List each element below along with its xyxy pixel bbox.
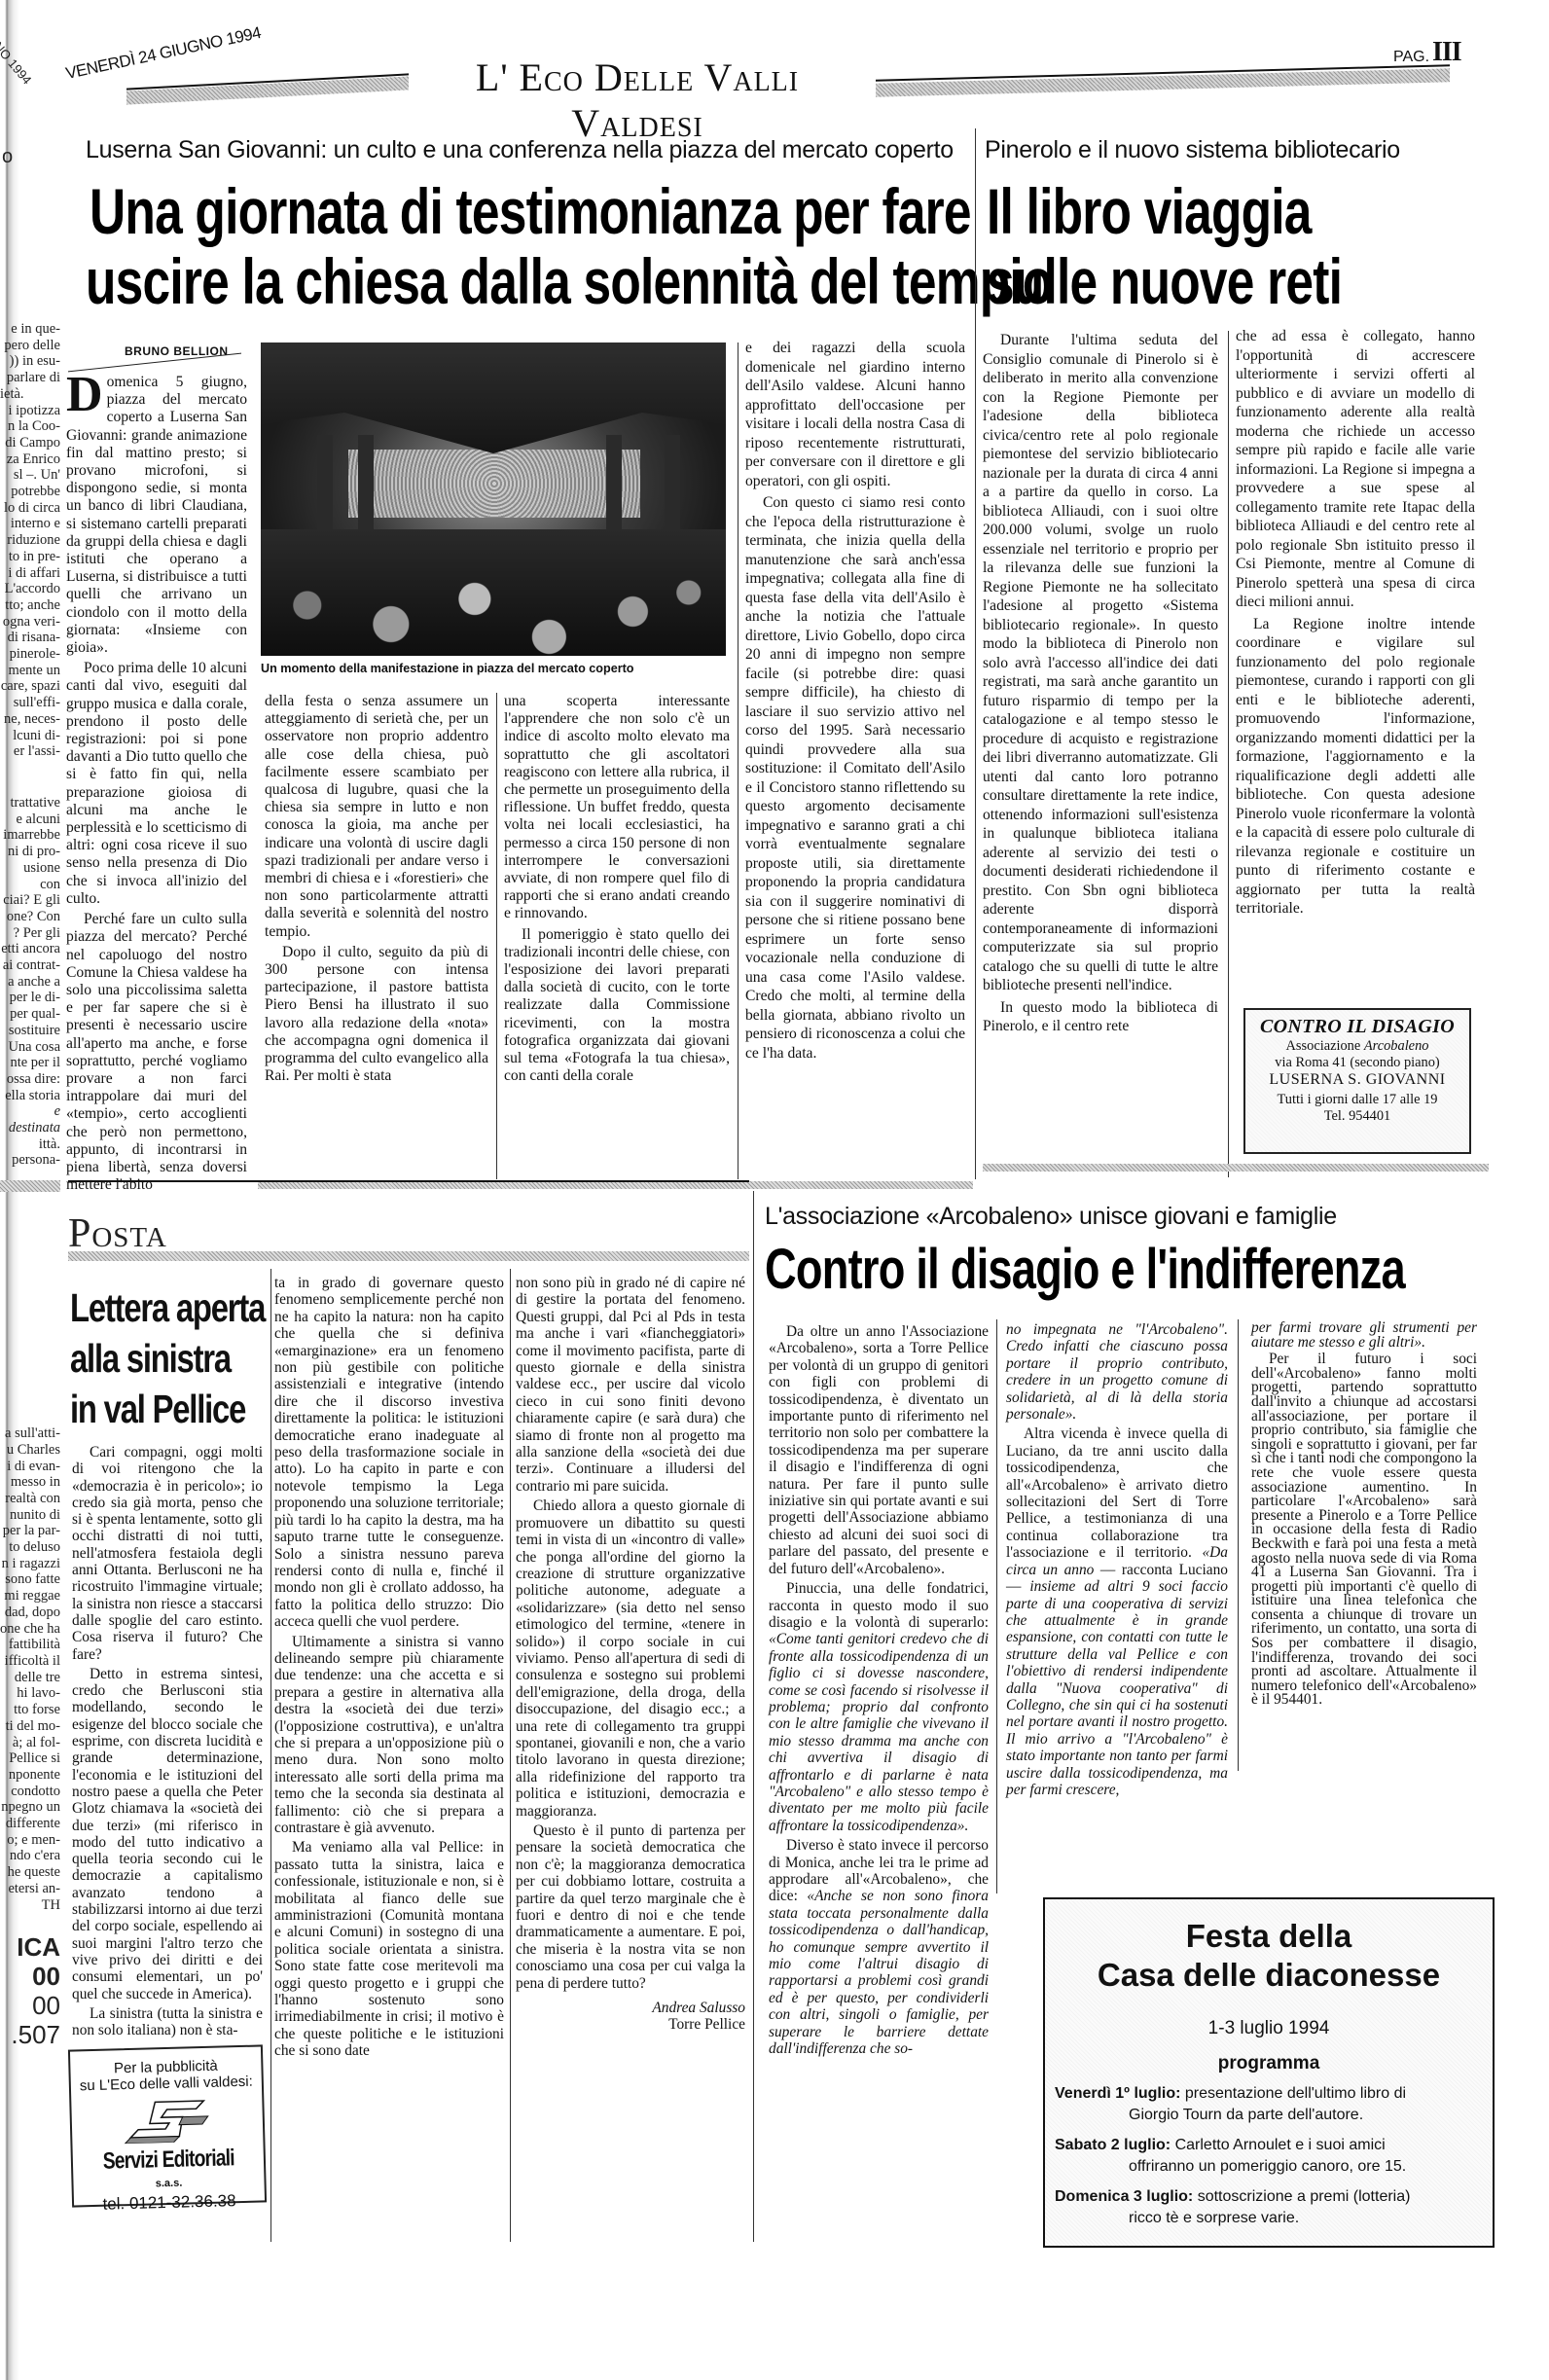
prev-line: fattibilità — [0, 1637, 60, 1653]
prev-line: e in que- — [0, 321, 60, 338]
arcobaleno-column-2: no impegnata ne "l'Arcobaleno". Credo in… — [1006, 1321, 1228, 1798]
letter-author-place: Torre Pellice — [516, 2016, 745, 2033]
column-divider — [510, 1269, 511, 2242]
letter-headline-line3: in val Pellice — [70, 1384, 265, 1434]
prev-line: ogna veri- — [0, 614, 60, 631]
prev-line: delle tre — [0, 1670, 60, 1686]
ad-phone: Tel. 954401 — [1245, 1108, 1469, 1125]
photo-background-trees — [348, 450, 640, 518]
column-divider — [738, 343, 738, 1179]
library-article-kicker: Pinerolo e il nuovo sistema bibliotecari… — [985, 136, 1400, 164]
prev-ad-fragment: ICA — [0, 1932, 60, 1962]
prev-line: nponente — [0, 1767, 60, 1784]
page-label: PAG. — [1393, 49, 1429, 66]
letter-column-2: ta in grado di governare questo fenomeno… — [274, 1275, 504, 2060]
prev-line: à; al fol- — [0, 1735, 60, 1751]
prev-line: differente — [0, 1816, 60, 1832]
paragraph: della festa o senza assumere un atteggia… — [265, 693, 488, 941]
prev-line: ti del mo- — [0, 1718, 60, 1735]
main-article-column-4: e dei ragazzi della scuola domenicale ne… — [745, 339, 965, 1063]
paragraph: Cari compagni, oggi molti di voi ritengo… — [72, 1444, 263, 1663]
library-article-headline-line1: Il libro viaggia — [987, 179, 1312, 243]
ad-association-name: Arcobaleno — [1364, 1038, 1429, 1054]
prev-line: ietà. — [0, 386, 60, 403]
prev-line: sl –. Un' — [0, 467, 60, 484]
festa-program-item: Venerdì 1º luglio: presentazione dell'ul… — [1055, 2083, 1483, 2126]
prev-line: pero delle — [0, 338, 60, 354]
prev-page-fragment: o — [2, 146, 13, 168]
prev-line: e destinata — [0, 1103, 60, 1136]
paragraph: ta in grado di governare questo fenomeno… — [274, 1275, 504, 1631]
prev-line: trattative — [0, 795, 60, 811]
prev-line: care, spazi — [0, 678, 60, 695]
photo-caption: Un momento della manifestazione in piazz… — [261, 662, 634, 675]
contro-il-disagio-ad: CONTRO IL DISAGIO Associazione Arcobalen… — [1243, 1008, 1471, 1154]
festa-item-text: Carletto Arnoulet e i suoi amici — [1175, 2137, 1386, 2153]
prev-line: npegno un — [0, 1799, 60, 1816]
prev-line: ifficoltà il — [0, 1653, 60, 1670]
prev-line: hi lavo- — [0, 1685, 60, 1702]
quote: «Anche se non sono finora stata toccata … — [769, 1888, 989, 2057]
prev-line: etti ancora — [0, 941, 60, 957]
drop-cap: D — [66, 376, 103, 415]
festa-title-line1: Festa della — [1045, 1917, 1493, 1956]
column-divider — [1238, 1319, 1239, 1771]
main-article-kicker: Luserna San Giovanni: un culto e una con… — [86, 136, 954, 164]
prev-line: za Enrico — [0, 451, 60, 468]
arcobaleno-column-3: per farmi trovare gli strumenti per aiut… — [1251, 1321, 1477, 1708]
paragraph: Da oltre un anno l'Associazione «Arcobal… — [769, 1323, 989, 1577]
prev-line: dad, dopo — [0, 1605, 60, 1621]
prev-line: mi reggae — [0, 1588, 60, 1605]
prev-line: a sull'atti- — [0, 1425, 60, 1442]
paragraph: Perché fare un culto sulla piazza del me… — [66, 911, 247, 1194]
prev-line: i di affari — [0, 565, 60, 582]
prev-line: ? Per gli — [0, 925, 60, 942]
main-article-column-1: Domenica 5 giugno, piazza del mercato co… — [66, 374, 247, 1194]
prev-line: usione con — [0, 860, 60, 892]
paragraph: La Regione inoltre intende coordinare e … — [1236, 615, 1475, 919]
letter-column-1: Cari compagni, oggi molti di voi ritengo… — [72, 1444, 263, 2038]
prev-line: persona- — [0, 1152, 60, 1169]
letter-headline-line2: alla sinistra — [70, 1333, 265, 1384]
prev-line: lo di circa — [0, 500, 60, 517]
posta-top-rule — [68, 1180, 749, 1182]
prev-line: ossa dire: — [0, 1071, 60, 1088]
library-article-column-2: che ad essa è collegato, hanno l'opportu… — [1236, 327, 1475, 919]
prev-line: di Campo — [0, 435, 60, 451]
prev-line: er l'assi- — [0, 743, 60, 760]
column-divider — [975, 128, 976, 1179]
prev-line: riduzione — [0, 532, 60, 549]
arcobaleno-article-kicker: L'associazione «Arcobaleno» unisce giova… — [765, 1203, 1337, 1231]
arcobaleno-column-1: Da oltre un anno l'Associazione «Arcobal… — [769, 1323, 989, 2057]
festa-dates: 1-3 luglio 1994 — [1045, 2018, 1493, 2039]
prev-line: o; e men- — [0, 1832, 60, 1849]
library-article-column-1: Durante l'ultima seduta del Consiglio co… — [983, 331, 1218, 1036]
paragraph: Detto in estrema sintesi, credo che Berl… — [72, 1666, 263, 2002]
quote: insieme ad altri 9 soci faccio parte di … — [1006, 1578, 1228, 1798]
prev-line: mente un — [0, 663, 60, 679]
section-divider — [258, 1181, 973, 1189]
prev-line: imarrebbe — [0, 827, 60, 844]
arcobaleno-article-headline: Contro il disagio e l'indifferenza — [765, 1242, 1405, 1298]
prev-line: n la Coo- — [0, 418, 60, 435]
prev-page-date: NO 1994 — [0, 39, 34, 88]
prev-line: ittà. — [0, 1136, 60, 1153]
prev-line: ai contrat- — [0, 957, 60, 974]
prev-line: tto forse — [0, 1702, 60, 1718]
prev-line: potrebbe — [0, 484, 60, 500]
festa-item-day: Domenica 3 luglio: — [1055, 2188, 1193, 2205]
prev-line: one? Con — [0, 909, 60, 925]
prev-line: lcuni di- — [0, 728, 60, 744]
ad-company-suffix: s.a.s. — [156, 2178, 183, 2190]
prev-line: e alcuni — [0, 811, 60, 828]
quote: per farmi trovare gli strumenti per aiut… — [1251, 1321, 1477, 1350]
page-number: III — [1432, 37, 1461, 68]
prev-line: parlare di — [0, 370, 60, 386]
prev-line: sono fatte — [0, 1571, 60, 1588]
festa-program-label: programma — [1045, 2053, 1493, 2074]
ad-city: LUSERNA S. GIOVANNI — [1245, 1071, 1469, 1088]
prev-line: he queste — [0, 1864, 60, 1881]
ad-title: CONTRO IL DISAGIO — [1245, 1016, 1469, 1038]
photo-crowd — [261, 529, 726, 656]
ad-association-prefix: Associazione — [1286, 1038, 1364, 1054]
ad-phone: tel. 0121-32.36.38 — [74, 2190, 265, 2215]
prev-line: Pellice si — [0, 1750, 60, 1767]
prev-line: nte per il — [0, 1055, 60, 1071]
letter-author: Andrea Salusso — [516, 2000, 745, 2016]
prev-line: per la par- — [0, 1523, 60, 1539]
festa-program-item: Domenica 3 luglio: sottoscrizione a prem… — [1055, 2186, 1483, 2229]
paragraph: Ultimamente a sinistra si vanno delinean… — [274, 1634, 504, 1837]
prev-ad-fragment: 00 — [0, 1991, 60, 2020]
quote: no impegnata ne "l'Arcobaleno". Credo in… — [1006, 1321, 1228, 1423]
festa-item-text: ricco tè e sorprese varie. — [1055, 2208, 1483, 2229]
paragraph: Altra vicenda è invece quella di Luciano… — [1006, 1425, 1228, 1798]
prev-line: interno e — [0, 516, 60, 532]
quote: «Come tanti genitori credevo che di fron… — [769, 1631, 989, 1833]
prev-line: ciai? E gli — [0, 892, 60, 909]
paragraph: In questo modo la biblioteca di Pinerolo… — [983, 998, 1218, 1036]
festa-item-text: offriranno un pomeriggio canoro, ore 15. — [1055, 2156, 1483, 2178]
paragraph: La sinistra (tutta la sinistra e non sol… — [72, 2005, 263, 2039]
ad-association: Associazione Arcobaleno — [1245, 1038, 1469, 1055]
prev-line: i ipotizza — [0, 403, 60, 419]
main-article-headline-line2: uscire la chiesa dalla solennità del tem… — [86, 249, 1053, 313]
festa-item-day: Sabato 2 luglio: — [1055, 2137, 1171, 2153]
festa-title-line2: Casa delle diaconesse — [1045, 1956, 1493, 1995]
library-article-headline-line2: sulle nuove reti — [987, 249, 1342, 313]
paragraph: Questo è il punto di partenza per pensar… — [516, 1822, 745, 1992]
prev-line: per le di- — [0, 990, 60, 1006]
paragraph: Poco prima delle 10 alcuni canti dal viv… — [66, 660, 247, 908]
prev-line: realtà con — [0, 1491, 60, 1507]
crowd-under-covered-market-photo — [261, 343, 726, 656]
prev-line: pinerole- — [0, 646, 60, 663]
paragraph: Per il futuro i soci dell'«Arcobaleno» f… — [1251, 1352, 1477, 1708]
prev-line: )) in esu- — [0, 353, 60, 370]
prev-line: messo in — [0, 1474, 60, 1491]
paragraph: Pinuccia, una delle fondatrici, racconta… — [769, 1580, 989, 1834]
prev-line: sostituire — [0, 1023, 60, 1039]
prev-line: ni di pro- — [0, 844, 60, 860]
paragraph: Diverso è stato invece il percorso di Mo… — [769, 1837, 989, 2057]
prev-line: sull'effi- — [0, 695, 60, 711]
ad-company: Servizi Editoriali s.a.s. — [73, 2144, 265, 2193]
paragraph: e dei ragazzi della scuola domenicale ne… — [745, 339, 965, 490]
column-divider — [270, 1269, 271, 2242]
prev-line: a anche a — [0, 974, 60, 991]
festa-program-item: Sabato 2 luglio: Carletto Arnoulet e i s… — [1055, 2135, 1483, 2178]
festa-item-text: Giorgio Tourn da parte dell'autore. — [1055, 2105, 1483, 2126]
prev-line: one che ha — [0, 1621, 60, 1638]
prev-line: di risana- — [0, 630, 60, 646]
paragraph-text: Pinuccia, una delle fondatrici, racconta… — [769, 1580, 989, 1631]
paragraph: Con questo ci siamo resi conto che l'epo… — [745, 493, 965, 1063]
prev-line: per qual- — [0, 1006, 60, 1023]
paragraph: Durante l'ultima seduta del Consiglio co… — [983, 331, 1218, 995]
paragraph: una scoperta interessante l'apprendere c… — [504, 693, 730, 923]
ad-address: via Roma 41 (secondo piano) — [1245, 1055, 1469, 1071]
prev-line: i di evan- — [0, 1459, 60, 1475]
paragraph-text: Altra vicenda è invece quella di Luciano… — [1006, 1425, 1228, 1561]
prev-line: etersi an- — [0, 1881, 60, 1897]
masthead-title: L' Eco Delle Valli Valdesi — [409, 54, 866, 146]
column-divider — [496, 693, 497, 1179]
prev-line: nunito di — [0, 1507, 60, 1524]
prev-line: L'accordo — [0, 581, 60, 597]
prev-line: TH — [0, 1897, 60, 1914]
posta-band — [68, 1251, 749, 1261]
ad-hours: Tutti i giorni dalle 17 alle 19 — [1245, 1092, 1469, 1108]
prev-ad-fragment: .507 — [0, 2020, 60, 2049]
main-article-column-2: della festa o senza assumere un atteggia… — [265, 693, 488, 1085]
festa-casa-diaconesse-ad: Festa della Casa delle diaconesse 1-3 lu… — [1043, 1897, 1495, 2248]
paragraph: Ma veniamo alla val Pellice: in passato … — [274, 1839, 504, 2059]
column-divider — [996, 1319, 997, 1893]
paragraph: Il pomeriggio è stato quello dei tradizi… — [504, 926, 730, 1086]
posta-section-title: Posta — [68, 1210, 167, 1257]
festa-item-text: sottoscrizione a premi (lotteria) — [1198, 2188, 1411, 2205]
prev-line: u Charles — [0, 1442, 60, 1459]
prev-page-rule — [0, 1180, 60, 1192]
main-article-headline-line1: Una giornata di testimonianza per fare — [90, 179, 971, 243]
prev-line: Una cosa — [0, 1039, 60, 1056]
prev-line: ndo c'era — [0, 1848, 60, 1864]
festa-item-day: Venerdì 1º luglio: — [1055, 2085, 1180, 2102]
paragraph: Chiedo allora a questo giornale di promu… — [516, 1497, 745, 1820]
prev-line: to in pre- — [0, 549, 60, 565]
previous-page-text-column: e in que- pero delle )) in esu- parlare … — [0, 321, 60, 2049]
prev-line: tto; anche — [0, 597, 60, 614]
main-article-column-3: una scoperta interessante l'apprendere c… — [504, 693, 730, 1085]
letter-headline: Lettera aperta alla sinistra in val Pell… — [70, 1282, 265, 1434]
section-divider — [983, 1164, 1489, 1172]
prev-line: ne, neces- — [0, 711, 60, 728]
ad-company-name: Servizi Editoriali — [102, 2145, 234, 2176]
paragraph: che ad essa è collegato, hanno l'opportu… — [1236, 327, 1475, 612]
column-divider — [1228, 331, 1229, 1177]
paragraph: Dopo il culto, seguito da più di 300 per… — [265, 944, 488, 1086]
festa-item-text: presentazione dell'ultimo libro di — [1185, 2085, 1406, 2102]
prev-line: ella storia — [0, 1088, 60, 1104]
prev-ad-fragment: 00 — [0, 1962, 60, 1991]
prev-line: n i ragazzi — [0, 1556, 60, 1572]
advertising-contact-ad: Per la pubblicità su L'Eco delle valli v… — [68, 2044, 267, 2207]
prev-line: to deluso — [0, 1539, 60, 1556]
servizi-editoriali-logo-icon — [120, 2097, 214, 2144]
column-divider — [753, 1191, 754, 2242]
paragraph: non sono più in grado né di capire né di… — [516, 1275, 745, 1495]
letter-column-3: non sono più in grado né di capire né di… — [516, 1275, 745, 2034]
prev-line: condotto — [0, 1784, 60, 1800]
letter-headline-line1: Lettera aperta — [70, 1282, 265, 1333]
